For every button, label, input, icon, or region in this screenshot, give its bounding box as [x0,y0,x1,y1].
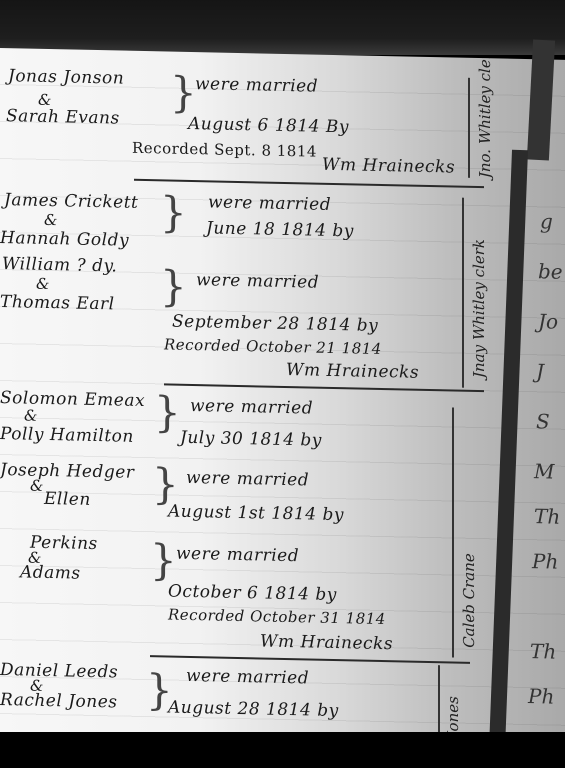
entry-divider [134,179,484,188]
bride-name: Polly Hamilton [0,424,134,447]
margin-note: Caleb Crane [460,553,478,648]
marriage-date: August 1st 1814 by [168,502,344,526]
marriage-status: were married [186,468,309,491]
marriage-date: October 6 1814 by [168,582,337,606]
right-page-fragment: Ph [528,684,554,709]
officiant-signature: Wm Hrainecks [286,360,419,383]
bride-name: Hannah Goldy [0,228,129,251]
marriage-status: were married [196,270,319,293]
bride-name: Ellen [44,489,91,510]
groom-name: Solomon Emeax [0,388,145,411]
right-page-fragment: J [536,359,544,383]
marriage-date: July 30 1814 by [180,428,322,451]
right-page-fragment: Jo [538,309,558,333]
right-page-fragment: Th [530,639,556,664]
right-page-fragment: S [536,409,550,433]
brace-icon: } [170,72,197,115]
right-page-fragment: Ph [532,549,558,574]
right-page-fragment: Th [534,504,560,529]
margin-note: Jnay Whitley clerk [470,239,488,378]
bride-name: Adams [20,562,81,583]
groom-name: Joseph Hedger [0,460,134,483]
marriage-status: were married [190,396,313,419]
groom-name: William ? dy. [2,254,117,276]
right-page-fragment: be [538,259,563,284]
bride-name: Rachel Jones [0,690,117,712]
entry-divider [150,655,470,664]
conjunction: & [24,407,38,425]
right-page-fragment: M [534,459,554,483]
brace-icon: } [150,539,177,582]
bride-name: Thomas Earl [0,292,115,314]
marriage-date: September 28 1814 by [172,312,378,336]
marriage-date: August 6 1814 By [188,114,349,137]
scan-bottom-edge [0,732,565,768]
margin-rule [462,198,464,388]
officiant-signature: Wm Hrainecks [322,155,455,178]
margin-rule [452,407,454,657]
groom-name: Jonas Jonson [8,66,124,88]
brace-icon: } [152,463,179,506]
marriage-status: were married [176,544,299,567]
marriage-status: were married [195,74,318,97]
conjunction: & [44,211,58,229]
right-page-fragment: g [540,209,553,233]
marriage-date: June 18 1814 by [206,218,354,241]
bride-name: Sarah Evans [6,106,120,128]
officiant-signature: Wm Hrainecks [260,631,393,654]
margin-rule [468,78,470,178]
recorded-date: Recorded October 31 1814 [168,606,386,629]
recorded-date: Recorded Sept. 8 1814 [132,139,317,161]
groom-name: James Crickett [4,190,138,213]
scan-top-shadow [0,0,565,55]
brace-icon: } [160,265,187,308]
marriage-status: were married [208,192,331,215]
conjunction: & [36,275,50,293]
conjunction: & [30,477,44,495]
marriage-status: were married [186,666,309,689]
recorded-date: Recorded October 21 1814 [164,335,382,358]
groom-name: Daniel Leeds [0,660,118,682]
brace-icon: } [160,191,187,234]
brace-icon: } [154,391,181,434]
register-page: Jonas Jonson & Sarah Evans } were marrie… [0,48,565,748]
entry-divider [164,383,484,392]
margin-note: Jno. Whitley clerk [476,48,494,178]
marriage-date: August 28 1814 by [168,698,339,722]
